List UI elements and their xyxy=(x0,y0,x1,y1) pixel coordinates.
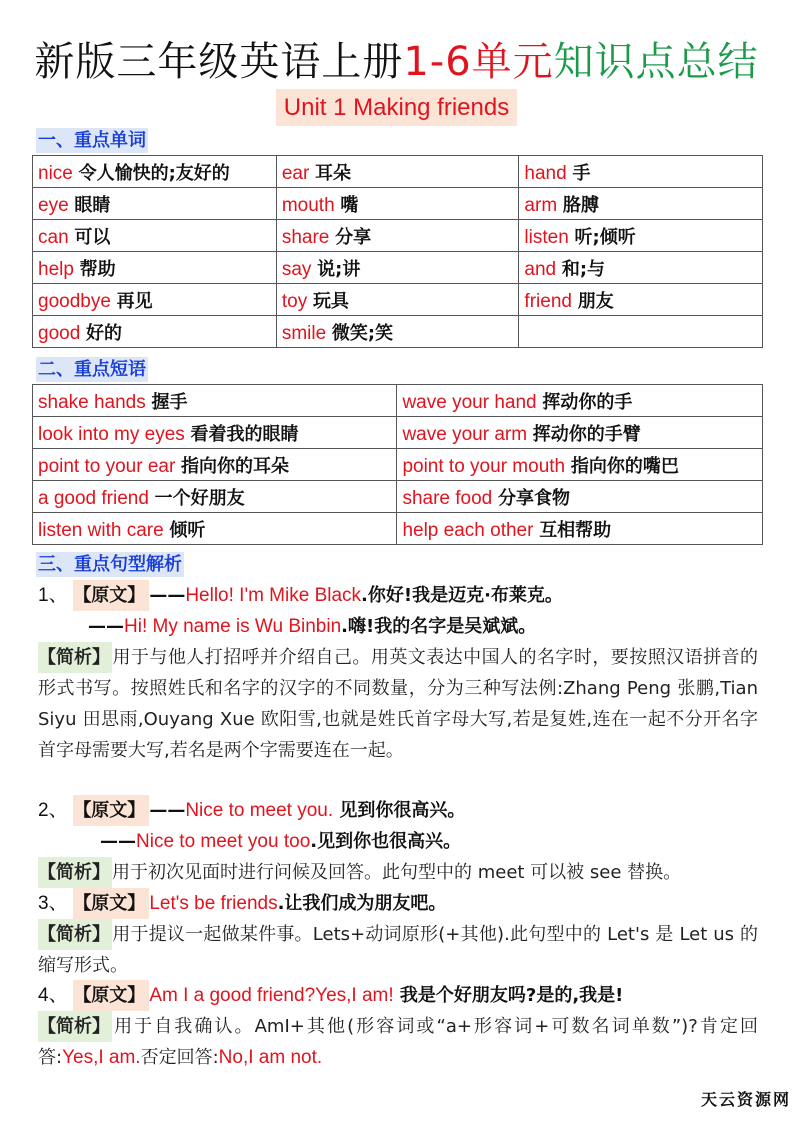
analysis-text: 用于提议一起做某件事。Lets+动词原形(+其他).此句型中的 Let's 是 … xyxy=(38,924,758,976)
word-row: eye 眼睛mouth 嘴arm 胳膊 xyxy=(33,188,763,220)
table-cell: smile 微笑;笑 xyxy=(276,316,519,348)
words-table: nice 令人愉快的;友好的ear 耳朵hand 手eye 眼睛mouth 嘴a… xyxy=(32,155,763,348)
word-row: goodbye 再见toy 玩具friend 朋友 xyxy=(33,284,763,316)
analysis-text: 用于与他人打招呼并介绍自己。用英文表达中国人的名字时，要按照汉语拼音的形式书写。… xyxy=(38,647,758,761)
term-chinese: 一个好朋友 xyxy=(155,488,245,509)
sentence-number: 3、 xyxy=(38,893,68,914)
phrase-row: shake hands 握手wave your hand 挥动你的手 xyxy=(33,385,763,417)
table-cell: say 说;讲 xyxy=(276,252,519,284)
original-label: 【原文】 xyxy=(73,980,149,1011)
table-cell: nice 令人愉快的;友好的 xyxy=(33,156,277,188)
term-english: look into my eyes xyxy=(38,424,185,445)
dash: —— xyxy=(100,831,136,852)
term-english: toy xyxy=(282,291,307,312)
term-english: share food xyxy=(402,488,492,509)
table-cell: hand 手 xyxy=(519,156,763,188)
term-english: arm xyxy=(524,195,557,216)
term-english: and xyxy=(524,259,556,280)
table-cell: mouth 嘴 xyxy=(276,188,519,220)
dash: —— xyxy=(88,616,124,637)
term-chinese: 说;讲 xyxy=(317,259,360,280)
word-row: good 好的smile 微笑;笑 xyxy=(33,316,763,348)
term-english: good xyxy=(38,323,80,344)
term-english: listen with care xyxy=(38,520,164,541)
term-chinese: 好的 xyxy=(86,323,122,344)
table-cell: help each other 互相帮助 xyxy=(397,513,763,545)
term-english: wave your hand xyxy=(402,392,536,413)
sentence-1-original: 1、 【原文】——Hello! I'm Mike Black.你好!我是迈克·布… xyxy=(38,580,563,611)
term-chinese: 看着我的眼睛 xyxy=(191,424,299,445)
term-chinese: 耳朵 xyxy=(315,163,351,184)
dash: —— xyxy=(149,800,185,821)
table-cell xyxy=(519,316,763,348)
sentence-en: Hello! I'm Mike Black xyxy=(185,585,361,606)
phrases-table: shake hands 握手wave your hand 挥动你的手look i… xyxy=(32,384,763,545)
sentence-en: Let's be friends xyxy=(149,893,277,914)
term-english: can xyxy=(38,227,69,248)
section-heading-words: 一、重点单词 xyxy=(36,128,148,153)
table-cell: share 分享 xyxy=(276,220,519,252)
analysis-label: 【简析】 xyxy=(38,1011,112,1042)
sentence-en: Nice to meet you. xyxy=(185,800,333,821)
table-cell: help 帮助 xyxy=(33,252,277,284)
term-chinese: 握手 xyxy=(151,392,187,413)
table-cell: toy 玩具 xyxy=(276,284,519,316)
term-english: a good friend xyxy=(38,488,149,509)
sentence-zh: 我是个好朋友吗?是的,我是! xyxy=(394,985,624,1006)
sentence-4-analysis: 【简析】用于自我确认。AmI+其他(形容词或“a+形容词+可数名词单数”)?肯定… xyxy=(38,1011,758,1073)
term-chinese: 指向你的嘴巴 xyxy=(571,456,679,477)
phrase-row: look into my eyes 看着我的眼睛wave your arm 挥动… xyxy=(33,417,763,449)
term-chinese: 听;倾听 xyxy=(575,227,636,248)
sentence-zh: .嗨!我的名字是吴斌斌。 xyxy=(341,616,536,637)
table-cell: wave your hand 挥动你的手 xyxy=(397,385,763,417)
sentence-1-analysis: 【简析】用于与他人打招呼并介绍自己。用英文表达中国人的名字时，要按照汉语拼音的形… xyxy=(38,642,758,766)
term-english: mouth xyxy=(282,195,335,216)
section-heading-sentences: 三、重点句型解析 xyxy=(36,552,184,577)
analysis-label: 【简析】 xyxy=(38,857,112,888)
term-chinese: 令人愉快的;友好的 xyxy=(79,163,230,184)
term-english: help each other xyxy=(402,520,533,541)
analysis-label: 【简析】 xyxy=(38,642,112,673)
table-cell: listen 听;倾听 xyxy=(519,220,763,252)
term-english: eye xyxy=(38,195,69,216)
table-cell: goodbye 再见 xyxy=(33,284,277,316)
table-cell: point to your mouth 指向你的嘴巴 xyxy=(397,449,763,481)
original-label: 【原文】 xyxy=(73,888,149,919)
term-chinese: 挥动你的手臂 xyxy=(533,424,641,445)
term-english: wave your arm xyxy=(402,424,527,445)
term-chinese: 倾听 xyxy=(169,520,205,541)
table-cell: ear 耳朵 xyxy=(276,156,519,188)
table-cell: a good friend 一个好朋友 xyxy=(33,481,397,513)
term-english: listen xyxy=(524,227,568,248)
sentence-zh: .让我们成为朋友吧。 xyxy=(278,893,447,914)
table-cell: arm 胳膊 xyxy=(519,188,763,220)
term-english: friend xyxy=(524,291,572,312)
analysis-label: 【简析】 xyxy=(38,919,112,950)
term-english: share xyxy=(282,227,330,248)
original-label: 【原文】 xyxy=(73,580,149,611)
term-english: shake hands xyxy=(38,392,146,413)
table-cell: and 和;与 xyxy=(519,252,763,284)
footer-watermark: 天云资源网 xyxy=(701,1087,791,1110)
unit-title: Unit 1 Making friends xyxy=(276,89,517,126)
sentence-3-original: 3、 【原文】Let's be friends.让我们成为朋友吧。 xyxy=(38,888,446,919)
sentence-number: 1、 xyxy=(38,585,68,606)
sentence-1-reply: ——Hi! My name is Wu Binbin.嗨!我的名字是吴斌斌。 xyxy=(88,611,536,642)
table-cell: point to your ear 指向你的耳朵 xyxy=(33,449,397,481)
sentence-zh: 见到你很高兴。 xyxy=(333,800,465,821)
sentence-number: 2、 xyxy=(38,800,68,821)
sentence-2-original: 2、 【原文】——Nice to meet you. 见到你很高兴。 xyxy=(38,795,465,826)
analysis-text: 用于初次见面时进行问候及回答。此句型中的 meet 可以被 see 替换。 xyxy=(112,862,681,883)
analysis-text-mid: 否定回答: xyxy=(141,1047,219,1068)
term-english: smile xyxy=(282,323,326,344)
term-chinese: 分享食物 xyxy=(498,488,570,509)
table-cell: friend 朋友 xyxy=(519,284,763,316)
table-cell: wave your arm 挥动你的手臂 xyxy=(397,417,763,449)
term-chinese: 指向你的耳朵 xyxy=(181,456,289,477)
term-english: help xyxy=(38,259,74,280)
term-chinese: 手 xyxy=(572,163,590,184)
dash: —— xyxy=(149,585,185,606)
sentence-zh: .见到你也很高兴。 xyxy=(310,831,461,852)
sentence-en: Nice to meet you too xyxy=(136,831,310,852)
sentence-en: Hi! My name is Wu Binbin xyxy=(124,616,341,637)
title-part-2: 1-6单元 xyxy=(403,39,553,85)
sentence-2-reply: ——Nice to meet you too.见到你也很高兴。 xyxy=(100,826,461,857)
term-chinese: 玩具 xyxy=(313,291,349,312)
term-english: point to your mouth xyxy=(402,456,565,477)
term-chinese: 胳膊 xyxy=(563,195,599,216)
term-chinese: 微笑;笑 xyxy=(332,323,393,344)
term-chinese: 嘴 xyxy=(340,195,358,216)
word-row: can 可以share 分享listen 听;倾听 xyxy=(33,220,763,252)
term-chinese: 分享 xyxy=(335,227,371,248)
sentence-en: Am I a good friend?Yes,I am! xyxy=(149,985,393,1006)
answer-no: No,I am not. xyxy=(219,1047,323,1068)
sentence-4-original: 4、 【原文】Am I a good friend?Yes,I am! 我是个好… xyxy=(38,980,623,1011)
phrase-row: point to your ear 指向你的耳朵point to your mo… xyxy=(33,449,763,481)
answer-yes: Yes,I am. xyxy=(62,1047,141,1068)
table-cell: look into my eyes 看着我的眼睛 xyxy=(33,417,397,449)
title-part-1: 新版三年级英语上册 xyxy=(34,39,403,85)
term-chinese: 可以 xyxy=(74,227,110,248)
table-cell: good 好的 xyxy=(33,316,277,348)
table-cell: listen with care 倾听 xyxy=(33,513,397,545)
phrase-row: a good friend 一个好朋友share food 分享食物 xyxy=(33,481,763,513)
term-chinese: 帮助 xyxy=(80,259,116,280)
term-english: say xyxy=(282,259,312,280)
table-cell: shake hands 握手 xyxy=(33,385,397,417)
table-cell: share food 分享食物 xyxy=(397,481,763,513)
word-row: help 帮助say 说;讲and 和;与 xyxy=(33,252,763,284)
term-english: point to your ear xyxy=(38,456,175,477)
sentence-2-analysis: 【简析】用于初次见面时进行问候及回答。此句型中的 meet 可以被 see 替换… xyxy=(38,857,758,888)
term-chinese: 朋友 xyxy=(578,291,614,312)
term-english: nice xyxy=(38,163,73,184)
term-english: ear xyxy=(282,163,309,184)
term-chinese: 再见 xyxy=(117,291,153,312)
page-title: 新版三年级英语上册1-6单元知识点总结 xyxy=(0,38,793,86)
term-chinese: 和;与 xyxy=(562,259,605,280)
section-heading-phrases: 二、重点短语 xyxy=(36,357,148,382)
term-chinese: 互相帮助 xyxy=(539,520,611,541)
term-english: goodbye xyxy=(38,291,111,312)
sentence-3-analysis: 【简析】用于提议一起做某件事。Lets+动词原形(+其他).此句型中的 Let'… xyxy=(38,919,758,981)
term-chinese: 挥动你的手 xyxy=(542,392,632,413)
phrase-row: listen with care 倾听help each other 互相帮助 xyxy=(33,513,763,545)
table-cell: eye 眼睛 xyxy=(33,188,277,220)
sentence-zh: .你好!我是迈克·布莱克。 xyxy=(361,585,563,606)
title-part-3: 知识点总结 xyxy=(554,39,759,85)
sentence-number: 4、 xyxy=(38,985,68,1006)
term-english: hand xyxy=(524,163,566,184)
table-cell: can 可以 xyxy=(33,220,277,252)
term-chinese: 眼睛 xyxy=(74,195,110,216)
original-label: 【原文】 xyxy=(73,795,149,826)
word-row: nice 令人愉快的;友好的ear 耳朵hand 手 xyxy=(33,156,763,188)
